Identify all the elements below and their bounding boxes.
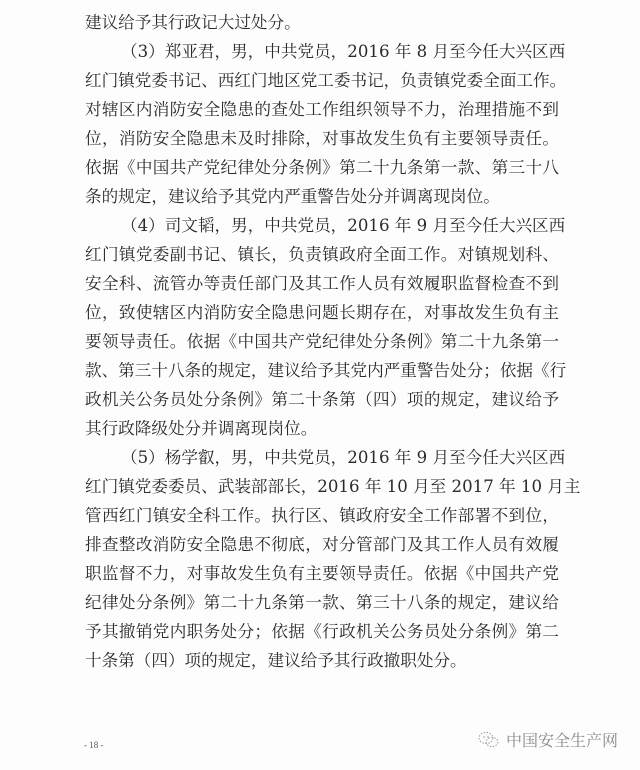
- text-line: 安全科、流管办等责任部门及其工作人员有效履职监督检查不到: [85, 269, 559, 298]
- wechat-icon: [478, 731, 500, 749]
- paragraph-first-line: （5）杨学叡，男，中共党员，2016 年 9 月至今任大兴区西: [85, 443, 559, 472]
- text-line: 予其撤销党内职务处分；依据《行政机关公务员处分条例》第二: [85, 617, 559, 646]
- document-page: 建议给予其行政记大过处分。（3）郑亚君，男，中共党员，2016 年 8 月至今任…: [0, 0, 640, 770]
- text-line: 政机关公务员处分条例》第二十条第（四）项的规定，建议给予: [85, 385, 559, 414]
- text-line: 要领导责任。依据《中国共产党纪律处分条例》第二十九条第一: [85, 327, 559, 356]
- text-line: 纪律处分条例》第二十九条第一款、第三十八条的规定，建议给: [85, 588, 559, 617]
- text-line: 红门镇党委副书记、镇长，负责镇政府全面工作。对镇规划科、: [85, 240, 559, 269]
- text-line: 对辖区内消防安全隐患的查处工作组织领导不力，治理措施不到: [85, 95, 559, 124]
- text-line: 红门镇党委书记、西红门地区党工委书记，负责镇党委全面工作。: [85, 66, 559, 95]
- source-watermark: 中国安全生产网: [478, 728, 618, 751]
- text-line: 其行政降级处分并调离现岗位。: [85, 414, 559, 443]
- watermark-text: 中国安全生产网: [506, 728, 618, 751]
- text-line: 依据《中国共产党纪律处分条例》第二十九条第一款、第三十八: [85, 153, 559, 182]
- text-line: 条的规定，建议给予其党内严重警告处分并调离现岗位。: [85, 182, 559, 211]
- text-line: 位，致使辖区内消防安全隐患问题长期存在，对事故发生负有主: [85, 298, 559, 327]
- text-line: 管西红门镇安全科工作。执行区、镇政府安全工作部署不到位，: [85, 501, 559, 530]
- text-line: 款、第三十八条的规定，建议给予其党内严重警告处分；依据《行: [85, 356, 559, 385]
- paragraph-first-line: （3）郑亚君，男，中共党员，2016 年 8 月至今任大兴区西: [85, 37, 559, 66]
- text-line: 位，消防安全隐患未及时排除，对事故发生负有主要领导责任。: [85, 124, 559, 153]
- text-line: 红门镇党委委员、武装部部长，2016 年 10 月至 2017 年 10 月主: [85, 472, 559, 501]
- page-number: - 18 -: [84, 740, 104, 750]
- text-line: 排查整改消防安全隐患不彻底，对分管部门及其工作人员有效履: [85, 530, 559, 559]
- text-line: 职监督不力，对事故发生负有主要领导责任。依据《中国共产党: [85, 559, 559, 588]
- document-body: 建议给予其行政记大过处分。（3）郑亚君，男，中共党员，2016 年 8 月至今任…: [85, 8, 559, 675]
- text-line: 建议给予其行政记大过处分。: [85, 8, 559, 37]
- text-line: 十条第（四）项的规定，建议给予其行政撤职处分。: [85, 646, 559, 675]
- paragraph-first-line: （4）司文韬，男，中共党员，2016 年 9 月至今任大兴区西: [85, 211, 559, 240]
